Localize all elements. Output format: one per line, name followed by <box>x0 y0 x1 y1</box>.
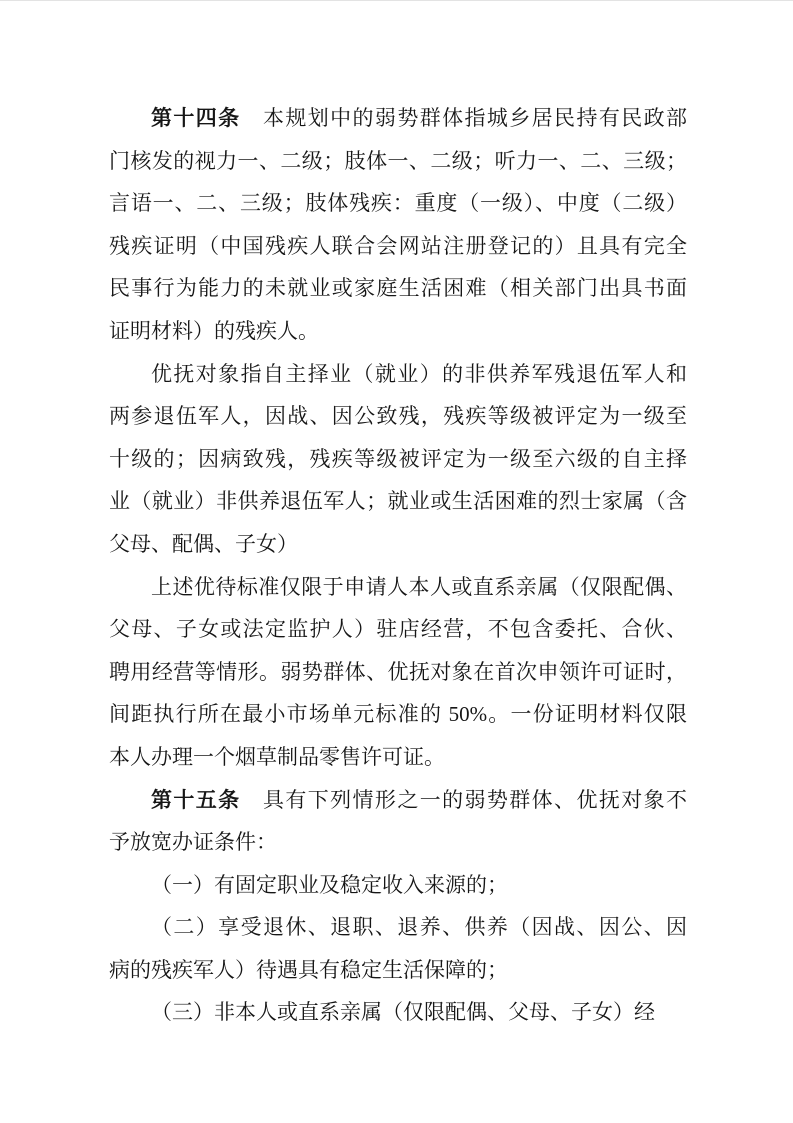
text-segment: 证明材料）的残疾人。 <box>109 319 319 343</box>
document-line: 业（就业）非供养退伍军人；就业或生活困难的烈士家属（含 <box>109 480 687 523</box>
document-page: 第十四条 本规划中的弱势群体指城乡居民持有民政部门核发的视力一、二级；肢体一、二… <box>0 0 793 1123</box>
text-segment: 聘用经营等情形。弱势群体、优抚对象在首次申领许可证时， <box>109 660 687 684</box>
text-segment: 两参退伍军人，因战、因公致残，残疾等级被评定为一级至 <box>109 404 687 428</box>
document-line: 民事行为能力的未就业或家庭生活困难（相关部门出具书面 <box>109 267 687 310</box>
document-line: 证明材料）的残疾人。 <box>109 310 687 353</box>
article-number: 第十四条 <box>151 106 241 130</box>
text-segment: 本人办理一个烟草制品零售许可证。 <box>109 745 445 769</box>
text-segment: 间距执行所在最小市场单元标准的 50%。一份证明材料仅限 <box>109 702 687 726</box>
document-line: 两参退伍军人，因战、因公致残，残疾等级被评定为一级至 <box>109 395 687 438</box>
text-segment: 业（就业）非供养退伍军人；就业或生活困难的烈士家属（含 <box>109 489 687 513</box>
document-line: 父母、配偶、子女） <box>109 523 687 566</box>
document-line: 残疾证明（中国残疾人联合会网站注册登记的）且具有完全 <box>109 225 687 268</box>
text-segment: 父母、配偶、子女） <box>109 532 298 556</box>
document-line: 第十四条 本规划中的弱势群体指城乡居民持有民政部 <box>109 97 687 140</box>
article-number: 第十五条 <box>151 788 241 812</box>
text-segment: 予放宽办证条件： <box>109 830 277 854</box>
document-line: 十级的；因病致残，残疾等级被评定为一级至六级的自主择 <box>109 438 687 481</box>
document-line: 聘用经营等情形。弱势群体、优抚对象在首次申领许可证时， <box>109 651 687 694</box>
document-line: 第十五条 具有下列情形之一的弱势群体、优抚对象不 <box>109 779 687 822</box>
text-segment: （三）非本人或直系亲属（仅限配偶、父母、子女）经 <box>151 1000 655 1024</box>
document-line: （一）有固定职业及稳定收入来源的； <box>109 864 687 907</box>
text-segment: 言语一、二、三级；肢体残疾：重度（一级）、中度（二级） <box>109 191 687 215</box>
document-line: 病的残疾军人）待遇具有稳定生活保障的； <box>109 949 687 992</box>
text-segment: 父母、子女或法定监护人）驻店经营，不包含委托、合伙、 <box>109 617 687 641</box>
text-segment: 病的残疾军人）待遇具有稳定生活保障的； <box>109 958 508 982</box>
document-line: 予放宽办证条件： <box>109 821 687 864</box>
text-segment: 本规划中的弱势群体指城乡居民持有民政部 <box>241 106 687 130</box>
text-segment: 十级的；因病致残，残疾等级被评定为一级至六级的自主择 <box>109 447 687 471</box>
text-segment: 上述优待标准仅限于申请人本人或直系亲属（仅限配偶、 <box>151 575 687 599</box>
text-segment: （二）享受退休、退职、退养、供养（因战、因公、因 <box>151 915 687 939</box>
document-line: 言语一、二、三级；肢体残疾：重度（一级）、中度（二级） <box>109 182 687 225</box>
text-segment: （一）有固定职业及稳定收入来源的； <box>151 873 508 897</box>
text-segment: 门核发的视力一、二级；肢体一、二级；听力一、二、三级； <box>109 149 687 173</box>
text-segment: 民事行为能力的未就业或家庭生活困难（相关部门出具书面 <box>109 276 687 300</box>
document-line: 父母、子女或法定监护人）驻店经营，不包含委托、合伙、 <box>109 608 687 651</box>
text-segment: 优抚对象指自主择业（就业）的非供养军残退伍军人和 <box>151 362 687 386</box>
text-segment: 具有下列情形之一的弱势群体、优抚对象不 <box>241 788 687 812</box>
text-segment: 残疾证明（中国残疾人联合会网站注册登记的）且具有完全 <box>109 234 687 258</box>
document-line: 门核发的视力一、二级；肢体一、二级；听力一、二、三级； <box>109 140 687 183</box>
document-line: 本人办理一个烟草制品零售许可证。 <box>109 736 687 779</box>
document-line: 间距执行所在最小市场单元标准的 50%。一份证明材料仅限 <box>109 693 687 736</box>
document-line: 优抚对象指自主择业（就业）的非供养军残退伍军人和 <box>109 353 687 396</box>
document-line: 上述优待标准仅限于申请人本人或直系亲属（仅限配偶、 <box>109 566 687 609</box>
document-line: （三）非本人或直系亲属（仅限配偶、父母、子女）经 <box>109 991 687 1034</box>
document-line: （二）享受退休、退职、退养、供养（因战、因公、因 <box>109 906 687 949</box>
document-body: 第十四条 本规划中的弱势群体指城乡居民持有民政部门核发的视力一、二级；肢体一、二… <box>109 97 687 1034</box>
